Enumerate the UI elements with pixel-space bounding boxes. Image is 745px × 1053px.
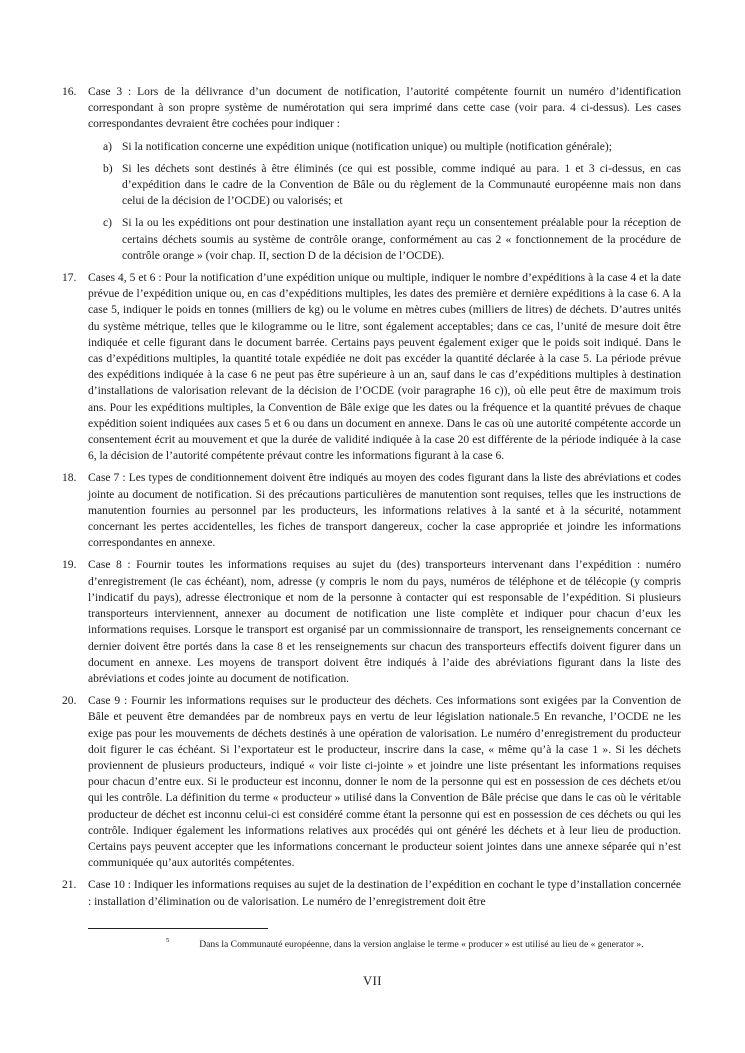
- sub-item-label: b): [103, 161, 113, 177]
- footnote-mark: 5: [166, 937, 169, 944]
- paragraph-text: Case 3 : Lors de la délivrance d’un docu…: [88, 84, 681, 133]
- sub-item-label: c): [103, 215, 112, 231]
- footnote-divider: [88, 928, 268, 929]
- footnote: 5Dans la Communauté européenne, dans la …: [166, 934, 681, 953]
- sub-list: a) Si la notification concerne une expéd…: [88, 139, 681, 264]
- paragraph-text: Case 9 : Fournir les informations requis…: [88, 693, 681, 871]
- paragraph-number: 21.: [62, 877, 76, 893]
- paragraph-number: 19.: [62, 557, 76, 573]
- paragraph-16: 16. Case 3 : Lors de la délivrance d’un …: [73, 84, 681, 264]
- sub-item-text: Si les déchets sont destinés à être élim…: [122, 163, 681, 207]
- sub-item-label: a): [103, 139, 112, 155]
- paragraph-18: 18. Case 7 : Les types de conditionnemen…: [73, 470, 681, 551]
- paragraph-17: 17. Cases 4, 5 et 6 : Pour la notificati…: [73, 270, 681, 464]
- paragraph-number: 18.: [62, 470, 76, 486]
- sub-item-c: c) Si la ou les expéditions ont pour des…: [88, 215, 681, 264]
- footnote-text: Dans la Communauté européenne, dans la v…: [199, 939, 643, 950]
- paragraph-20: 20. Case 9 : Fournir les informations re…: [73, 693, 681, 871]
- paragraph-19: 19. Case 8 : Fournir toutes les informat…: [73, 557, 681, 687]
- paragraph-number: 17.: [62, 270, 76, 286]
- paragraph-number: 20.: [62, 693, 76, 709]
- sub-item-text: Si la notification concerne une expéditi…: [122, 141, 612, 153]
- paragraph-text: Case 8 : Fournir toutes les informations…: [88, 557, 681, 687]
- sub-item-b: b) Si les déchets sont destinés à être é…: [88, 161, 681, 210]
- sub-item-text: Si la ou les expéditions ont pour destin…: [122, 217, 681, 261]
- paragraph-21: 21. Case 10 : Indiquer les informations …: [73, 877, 681, 909]
- paragraph-text: Case 10 : Indiquer les informations requ…: [88, 877, 681, 909]
- sub-item-a: a) Si la notification concerne une expéd…: [88, 139, 681, 155]
- page-number: VII: [0, 974, 745, 989]
- paragraph-text: Cases 4, 5 et 6 : Pour la notification d…: [88, 270, 681, 464]
- document-page: 16. Case 3 : Lors de la délivrance d’un …: [0, 0, 745, 1053]
- paragraph-number: 16.: [62, 84, 76, 100]
- body-text: 16. Case 3 : Lors de la délivrance d’un …: [73, 84, 681, 916]
- paragraph-text: Case 7 : Les types de conditionnement do…: [88, 470, 681, 551]
